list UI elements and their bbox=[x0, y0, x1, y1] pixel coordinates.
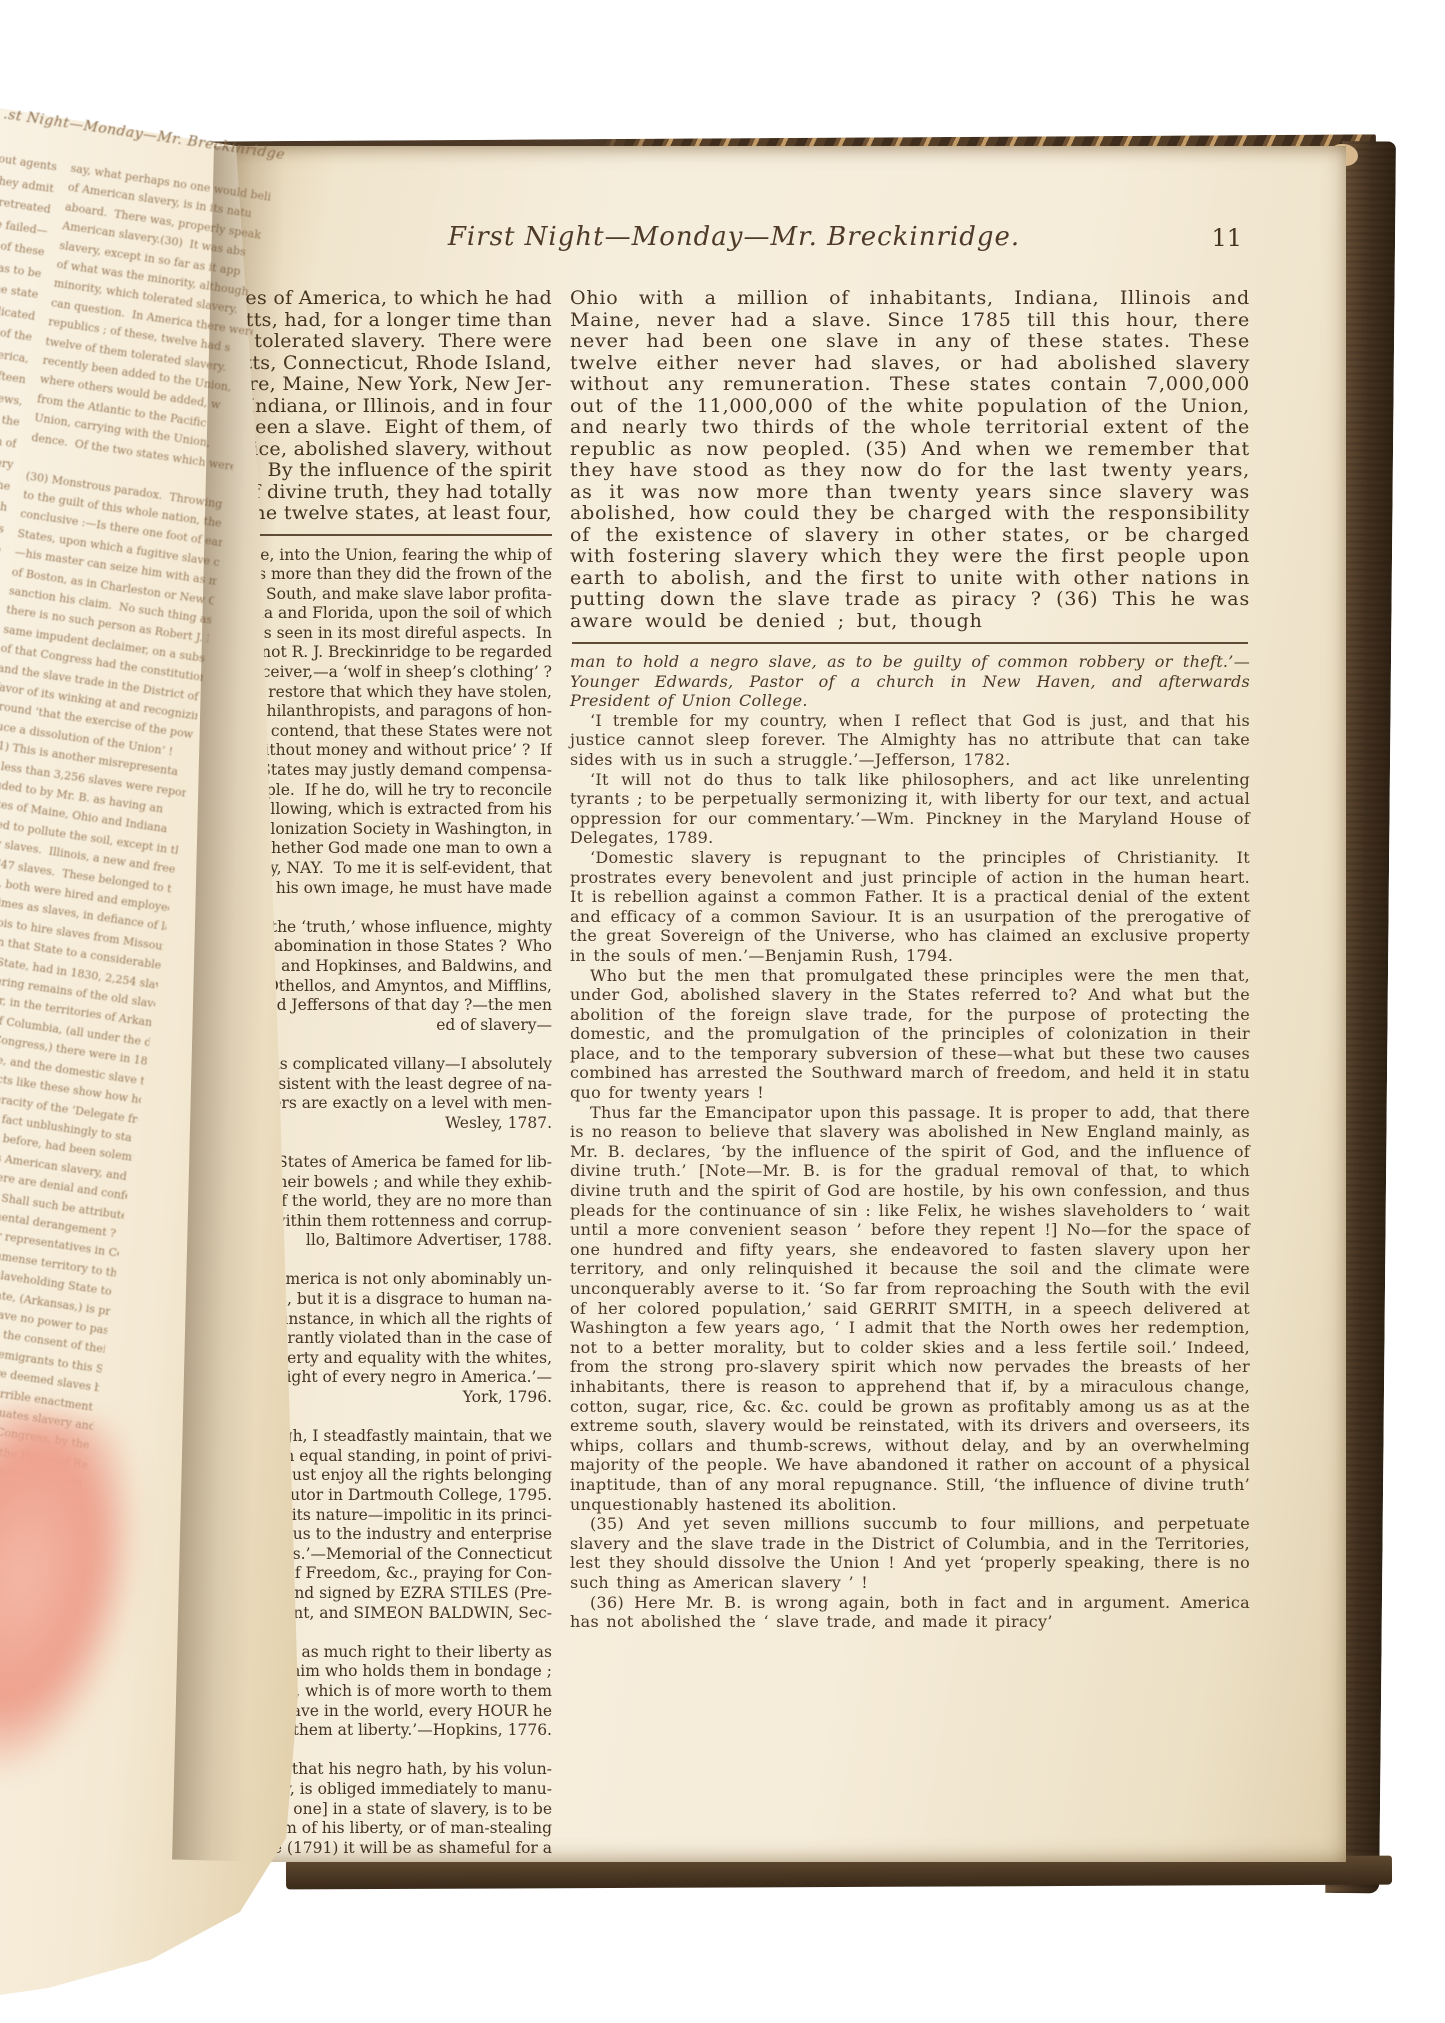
footnote-paragraph: man to hold a negro slave, as to be guil… bbox=[570, 652, 1250, 711]
footnote-paragraph: ‘I tremble for my country, when I reflec… bbox=[570, 711, 1250, 770]
right-column: Ohio with a million of inhabitants, Indi… bbox=[570, 288, 1250, 1858]
footnote-paragraph: Thus far the Emancipator upon this passa… bbox=[570, 1103, 1250, 1514]
page-number: 11 bbox=[1211, 224, 1242, 252]
footnote-paragraph: Who but the men that promulgated these p… bbox=[570, 966, 1250, 1103]
right-column-main-paragraph: Ohio with a million of inhabitants, Indi… bbox=[570, 288, 1250, 632]
footnote-paragraph: ‘It will not do thus to talk like philos… bbox=[570, 770, 1250, 848]
footnote-paragraph: (35) And yet seven millions succumb to f… bbox=[570, 1514, 1250, 1592]
footnote-rule bbox=[572, 642, 1248, 644]
footnote-paragraph: (36) Here Mr. B. is wrong again, both in… bbox=[570, 1593, 1250, 1632]
text-columns: ‎lent sovereign states of America, to wh… bbox=[218, 288, 1250, 1858]
running-header-title: First Night—Monday—Mr. Breckinridge. bbox=[218, 222, 1250, 252]
left-page-running-header: st Night—Monday—Mr. Breckinridge. bbox=[0, 93, 286, 163]
footnote-paragraph: ‘Domestic slavery is repugnant to the pr… bbox=[570, 848, 1250, 966]
right-page-text-area: First Night—Monday—Mr. Breckinridge. 11 … bbox=[218, 146, 1250, 1862]
right-column-footnotes: man to hold a negro slave, as to be guil… bbox=[570, 652, 1250, 1632]
right-page: First Night—Monday—Mr. Breckinridge. 11 … bbox=[210, 146, 1346, 1862]
